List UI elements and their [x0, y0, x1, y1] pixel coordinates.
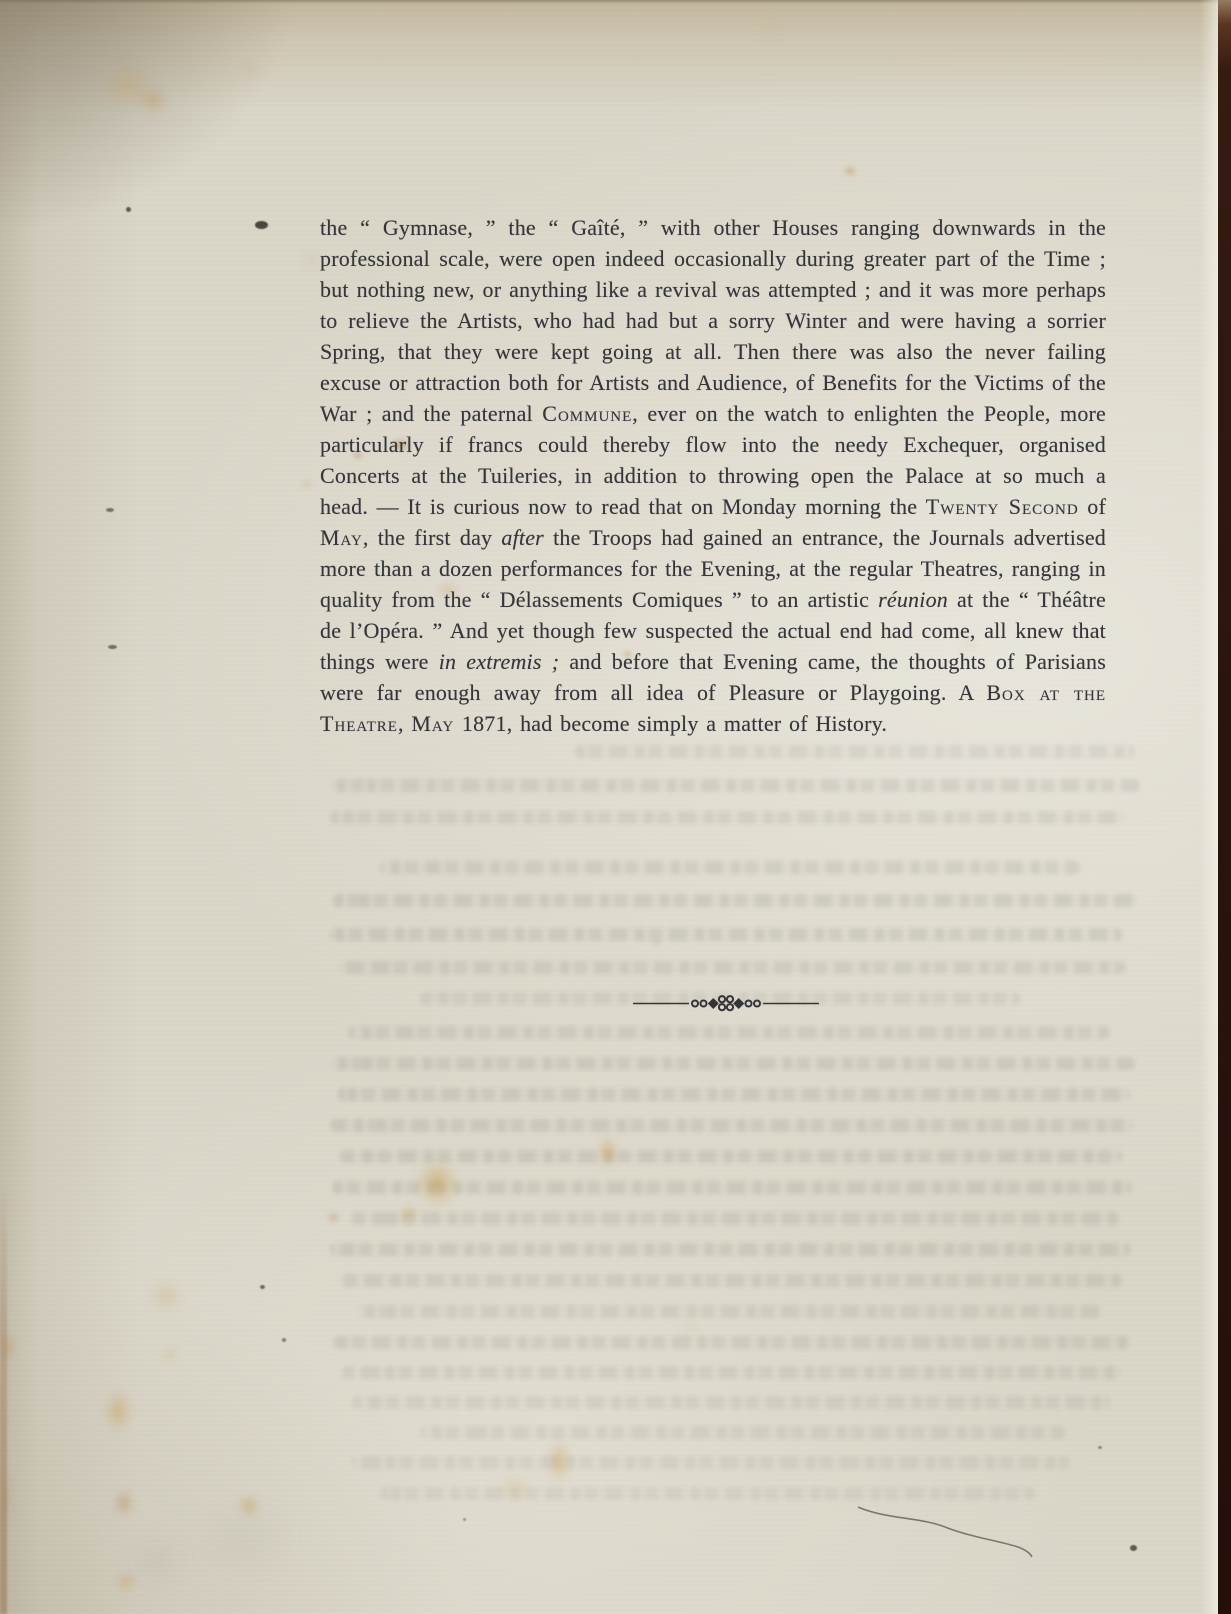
showthrough-line — [348, 1026, 1110, 1039]
text-block: the “ Gymnase, ” the “ Gaîté, ” with oth… — [320, 212, 1106, 739]
showthrough-line — [338, 961, 1126, 974]
showthrough-line — [330, 811, 1125, 824]
text-segment: Commune — [542, 401, 632, 426]
dust-speck — [463, 1518, 466, 1521]
dust-speck — [126, 207, 131, 212]
foxing-stain — [234, 1490, 264, 1522]
text-segment: 1871, had become simply a matter of Hist… — [454, 711, 887, 736]
text-segment: the “ Gymnase, ” the “ Gaîté, ” with oth… — [320, 215, 1106, 426]
text-segment: of — [1079, 494, 1106, 519]
showthrough-line — [338, 1088, 1130, 1101]
text-segment: Twenty Second — [926, 494, 1079, 519]
foxing-stain — [110, 1485, 138, 1521]
dust-speck — [1130, 1545, 1137, 1551]
beaded-divider-ornament — [631, 994, 821, 1012]
showthrough-line — [332, 1181, 1132, 1194]
foxing-stain — [0, 1326, 16, 1368]
text-segment: réunion — [878, 587, 948, 612]
foxing-stain — [100, 1382, 136, 1440]
showthrough-line — [350, 1212, 1120, 1225]
foxing-stain — [132, 82, 174, 118]
foxing-stain — [92, 55, 166, 117]
dust-speck — [106, 508, 114, 512]
showthrough-line — [420, 992, 1020, 1005]
showthrough-line — [330, 1119, 1133, 1132]
foxing-stain — [145, 1278, 187, 1314]
text-segment: after — [501, 525, 544, 550]
showthrough-line — [380, 1487, 1035, 1500]
showthrough-line — [332, 894, 1138, 907]
showthrough-line — [358, 1305, 1100, 1318]
foxing-stain — [303, 250, 321, 272]
dust-speck — [108, 645, 117, 649]
left-edge-shading — [0, 0, 140, 1614]
book-edge-right — [1218, 0, 1231, 1614]
dust-speck — [1098, 1446, 1102, 1449]
showthrough-line — [330, 779, 1140, 792]
foxing-stain — [545, 1430, 573, 1492]
bottom-left-shading — [0, 1014, 700, 1614]
hair-fiber — [840, 1495, 1050, 1565]
dust-speck — [255, 221, 268, 229]
book-edge-left-lower — [0, 1180, 7, 1614]
showthrough-line — [330, 1243, 1130, 1256]
foxing-stain — [118, 1524, 194, 1598]
foxing-stain — [160, 1345, 180, 1363]
foxing-stain — [492, 1472, 536, 1504]
showthrough-line — [340, 1150, 1122, 1163]
foxing-stain — [396, 1202, 422, 1226]
top-edge-shading — [0, 0, 1231, 110]
showthrough-line — [352, 1396, 1110, 1409]
showthrough-line — [352, 1456, 1070, 1469]
showthrough-line — [380, 861, 1080, 874]
foxing-stain — [325, 1210, 342, 1225]
foxing-stain — [238, 60, 264, 80]
foxing-stain — [180, 1493, 310, 1583]
foxing-stain — [0, 1455, 12, 1540]
text-segment: in extremis ; — [439, 649, 560, 674]
foxing-stain — [408, 1150, 466, 1216]
foxing-stain — [841, 163, 859, 179]
page-edge-highlight — [1200, 0, 1218, 1614]
showthrough-line — [342, 1366, 1120, 1379]
scanned-page: the “ Gymnase, ” the “ Gaîté, ” with oth… — [0, 0, 1231, 1614]
showthrough-line — [330, 928, 1122, 941]
foxing-stain — [750, 16, 790, 40]
foxing-stain — [680, 1320, 702, 1338]
top-scan-edge — [0, 0, 1231, 4]
text-segment: May — [411, 711, 454, 736]
text-segment: , the first day — [363, 525, 502, 550]
foxing-stain — [112, 1570, 140, 1594]
showthrough-line — [332, 1336, 1130, 1349]
showthrough-line — [575, 745, 1135, 758]
showthrough-line — [330, 1057, 1135, 1070]
dust-speck — [260, 1285, 265, 1289]
foxing-stain — [298, 478, 316, 491]
showthrough-line — [340, 1274, 1122, 1287]
showthrough-line — [420, 1426, 1065, 1439]
foxing-stain — [652, 938, 662, 947]
foxing-stain — [594, 1130, 622, 1174]
body-paragraph: the “ Gymnase, ” the “ Gaîté, ” with oth… — [320, 212, 1106, 739]
dust-speck — [282, 1338, 286, 1342]
text-segment: , — [398, 711, 411, 736]
text-segment: May — [320, 525, 363, 550]
